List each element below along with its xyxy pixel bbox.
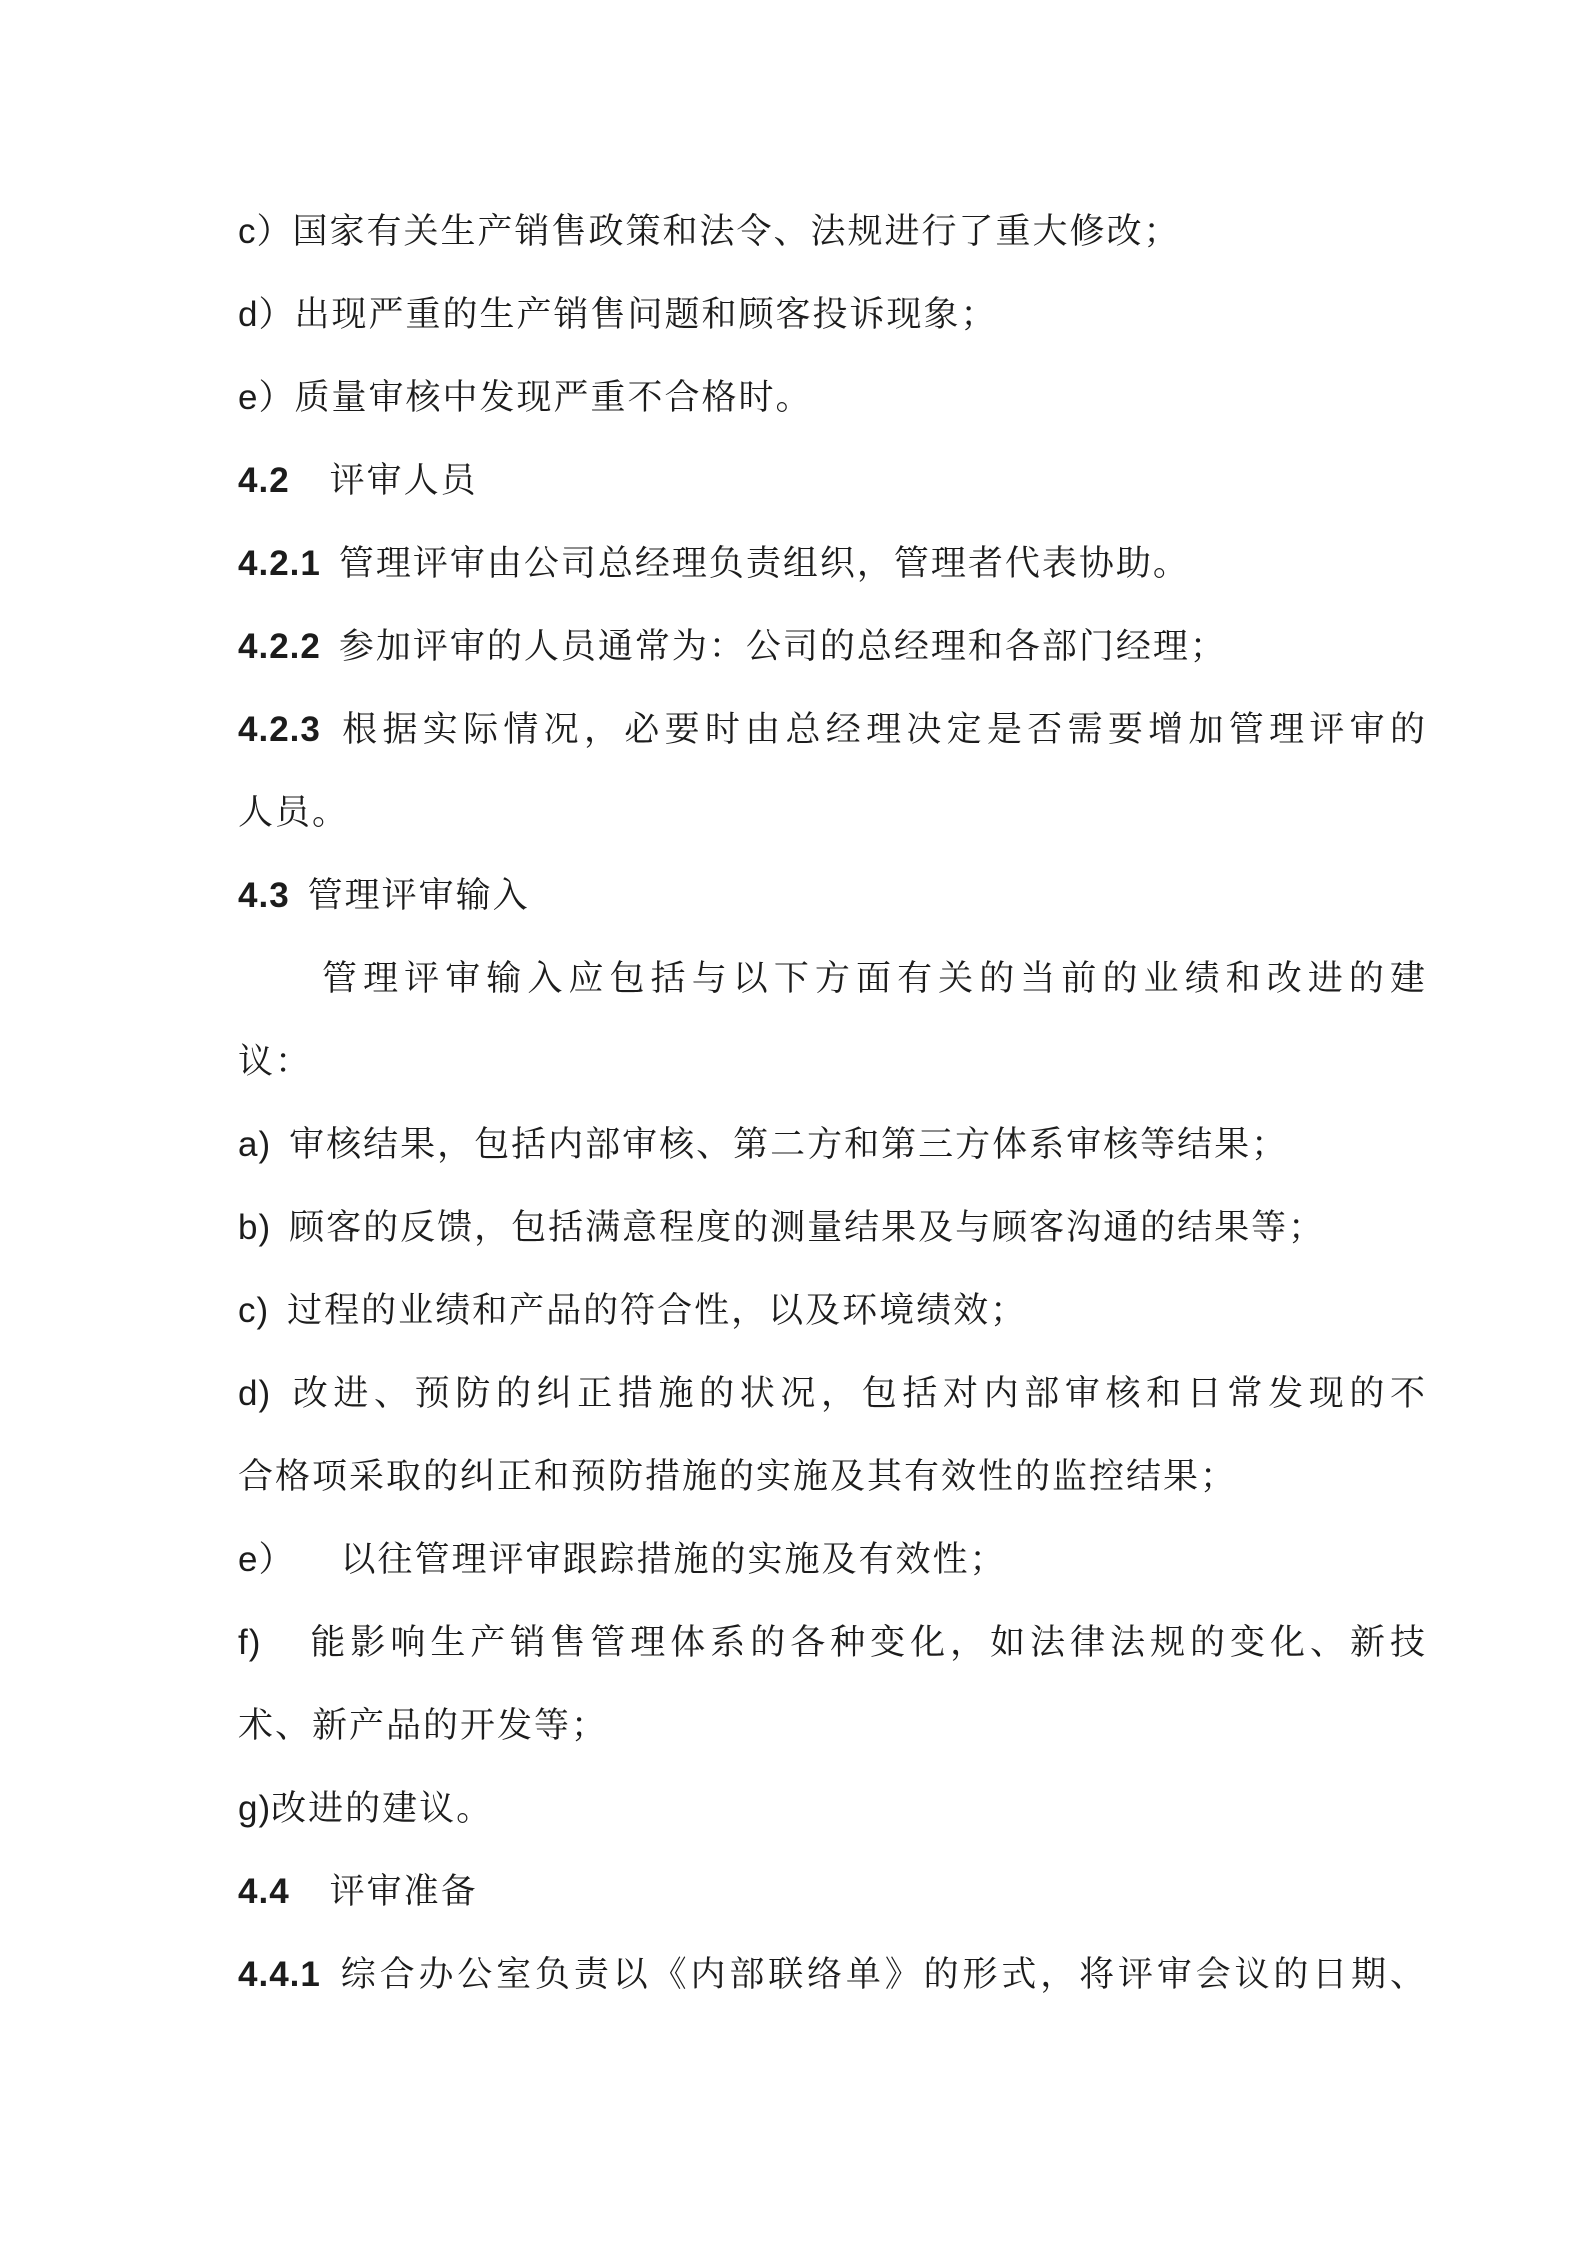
doc-line: e）质量审核中发现严重不合格时。 bbox=[238, 356, 1427, 439]
list-marker: e） bbox=[238, 1540, 294, 1579]
doc-line-section-heading: 4.3管理评审输入 bbox=[238, 854, 1427, 937]
doc-line-continuation: 议： bbox=[238, 1020, 1427, 1103]
doc-line: c)过程的业绩和产品的符合性，以及环境绩效； bbox=[238, 1269, 1427, 1352]
list-marker: a) bbox=[238, 1125, 271, 1164]
doc-line-section-heading: 4.4评审准备 bbox=[238, 1850, 1427, 1933]
doc-line: 4.2.1管理评审由公司总经理负责组织，管理者代表协助。 bbox=[238, 522, 1427, 605]
line-text: 参加评审的人员通常为：公司的总经理和各部门经理； bbox=[339, 627, 1227, 666]
list-marker: f) bbox=[238, 1623, 261, 1662]
line-text: 过程的业绩和产品的符合性，以及环境绩效； bbox=[287, 1291, 1027, 1330]
doc-line-section-heading: 4.2评审人员 bbox=[238, 439, 1427, 522]
section-number: 4.4.1 bbox=[238, 1955, 321, 1994]
section-title: 评审准备 bbox=[330, 1872, 478, 1911]
line-text: 管理评审由公司总经理负责组织，管理者代表协助。 bbox=[339, 544, 1190, 583]
list-marker: c) bbox=[238, 1291, 269, 1330]
doc-line: 4.2.2参加评审的人员通常为：公司的总经理和各部门经理； bbox=[238, 605, 1427, 688]
line-text: 以往管理评审跟踪措施的实施及有效性； bbox=[340, 1540, 1006, 1579]
line-text: 合格项采取的纠正和预防措施的实施及其有效性的监控结果； bbox=[238, 1457, 1237, 1496]
doc-line: d)改进、预防的纠正措施的状况，包括对内部审核和日常发现的不 bbox=[238, 1352, 1427, 1435]
line-text: 改进、预防的纠正措施的状况，包括对内部审核和日常发现的不 bbox=[289, 1374, 1427, 1413]
doc-line: 4.2.3根据实际情况，必要时由总经理决定是否需要增加管理评审的 bbox=[238, 688, 1427, 771]
section-number: 4.4 bbox=[238, 1872, 290, 1911]
line-text: 根据实际情况，必要时由总经理决定是否需要增加管理评审的 bbox=[339, 710, 1427, 749]
doc-line-continuation: 合格项采取的纠正和预防措施的实施及其有效性的监控结果； bbox=[238, 1435, 1427, 1518]
doc-line: 4.4.1综合办公室负责以《内部联络单》的形式，将评审会议的日期、 bbox=[238, 1933, 1427, 2016]
section-number: 4.2 bbox=[238, 461, 290, 500]
section-title: 评审人员 bbox=[330, 461, 478, 500]
line-text: 改进的建议。 bbox=[271, 1789, 493, 1828]
doc-line: e）以往管理评审跟踪措施的实施及有效性； bbox=[238, 1518, 1427, 1601]
list-marker: e） bbox=[238, 378, 294, 417]
line-text: 管理评审输入应包括与以下方面有关的当前的业绩和改进的建 bbox=[322, 959, 1427, 998]
line-text: 审核结果，包括内部审核、第二方和第三方体系审核等结果； bbox=[289, 1125, 1288, 1164]
section-number: 4.2.2 bbox=[238, 627, 321, 666]
list-marker: b) bbox=[238, 1208, 271, 1247]
line-text: 议： bbox=[238, 1042, 312, 1081]
doc-line-paragraph-start: 管理评审输入应包括与以下方面有关的当前的业绩和改进的建 bbox=[238, 937, 1427, 1020]
doc-line-continuation: 人员。 bbox=[238, 771, 1427, 854]
line-text: 国家有关生产销售政策和法令、法规进行了重大修改； bbox=[293, 212, 1181, 251]
line-text: 出现严重的生产销售问题和顾客投诉现象； bbox=[294, 295, 997, 334]
doc-line: c）国家有关生产销售政策和法令、法规进行了重大修改； bbox=[238, 190, 1427, 273]
list-marker: d） bbox=[238, 295, 294, 334]
section-number: 4.2.3 bbox=[238, 710, 321, 749]
doc-line: a)审核结果，包括内部审核、第二方和第三方体系审核等结果； bbox=[238, 1103, 1427, 1186]
section-title: 管理评审输入 bbox=[308, 876, 530, 915]
doc-line: f)能影响生产销售管理体系的各种变化，如法律法规的变化、新技 bbox=[238, 1601, 1427, 1684]
line-text: 术、新产品的开发等； bbox=[238, 1706, 608, 1745]
doc-line: g)改进的建议。 bbox=[238, 1767, 1427, 1850]
line-text: 人员。 bbox=[238, 793, 349, 832]
doc-line: b)顾客的反馈，包括满意程度的测量结果及与顾客沟通的结果等； bbox=[238, 1186, 1427, 1269]
list-marker: g) bbox=[238, 1789, 271, 1828]
line-text: 质量审核中发现严重不合格时。 bbox=[294, 378, 812, 417]
line-text: 顾客的反馈，包括满意程度的测量结果及与顾客沟通的结果等； bbox=[289, 1208, 1325, 1247]
line-text: 能影响生产销售管理体系的各种变化，如法律法规的变化、新技 bbox=[307, 1623, 1427, 1662]
list-marker: d) bbox=[238, 1374, 271, 1413]
doc-line: d）出现严重的生产销售问题和顾客投诉现象； bbox=[238, 273, 1427, 356]
document-page: c）国家有关生产销售政策和法令、法规进行了重大修改； d）出现严重的生产销售问题… bbox=[0, 0, 1587, 2245]
doc-line-continuation: 术、新产品的开发等； bbox=[238, 1684, 1427, 1767]
line-text: 综合办公室负责以《内部联络单》的形式，将评审会议的日期、 bbox=[339, 1955, 1427, 1994]
list-marker: c） bbox=[238, 212, 293, 251]
section-number: 4.3 bbox=[238, 876, 290, 915]
section-number: 4.2.1 bbox=[238, 544, 321, 583]
